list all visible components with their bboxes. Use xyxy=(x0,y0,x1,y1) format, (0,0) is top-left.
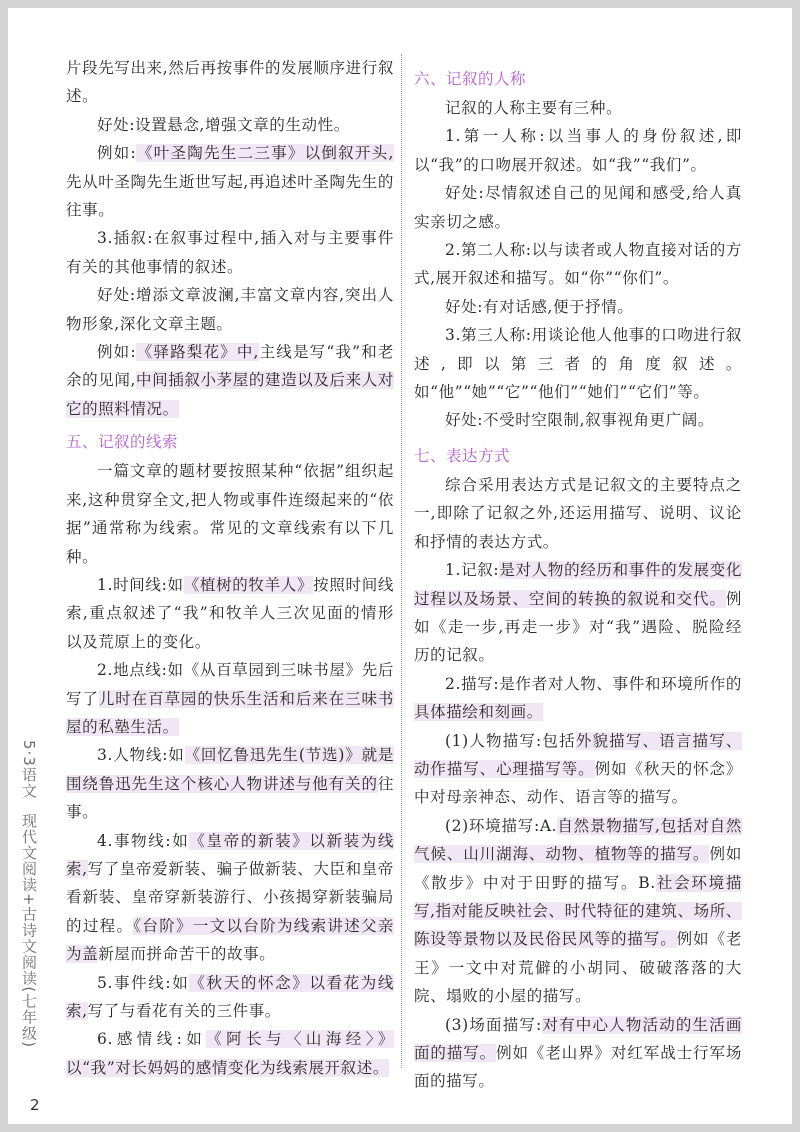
column-divider xyxy=(401,54,402,1068)
text: 6.感情线:如 xyxy=(97,1030,206,1048)
paragraph-intro: 综合采用表达方式是记叙文的主要特点之一,即除了记叙之外,还运用描写、说明、议论和… xyxy=(414,471,742,556)
text: 5.事件线:如 xyxy=(97,974,189,992)
spine-title: 5·3语文现代文阅读+古诗文阅读(七年级) xyxy=(10,740,40,1048)
paragraph-example: 例如:《驿路梨花》中,主线是写“我”和老余的见闻,中间插叙小茅屋的建造以及后来人… xyxy=(66,338,394,423)
list-item-scene-description: (3)场面描写:对有中心人物活动的生活画面的描写。例如《老山界》对红军战士行军场… xyxy=(414,1011,742,1096)
paragraph-intro: 一篇文章的题材要按照某种“依据”组织起来,这种贯穿全文,把人物或事件连缀起来的“… xyxy=(66,457,394,571)
text: 先从叶圣陶先生逝世写起,再追述叶圣陶先生的往事。 xyxy=(66,173,394,219)
list-item-first-person: 1.第一人称:以当事人的身份叙述,即以“我”的口吻展开叙述。如“我”“我们”。 xyxy=(414,122,742,179)
list-item-place-line: 2.地点线:如《从百草园到三味书屋》先后写了儿时在百草园的快乐生活和后来在三味书… xyxy=(66,656,394,741)
text: 2.描写:是作者对人物、事件和环境所作的 xyxy=(445,675,742,693)
list-item-object-line: 4.事物线:如《皇帝的新装》以新装为线索,写了皇帝爱新装、骗子做新装、大臣和皇帝… xyxy=(66,827,394,969)
paragraph-insertion: 3.插叙:在叙事过程中,插入对与主要事件有关的其他事情的叙述。 xyxy=(66,224,394,281)
list-item-character-description: (1)人物描写:包括外貌描写、语言描写、动作描写、心理描写等。例如《秋天的怀念》… xyxy=(414,727,742,812)
right-column: 六、记叙的人称 记叙的人称主要有三种。 1.第一人称:以当事人的身份叙述,即以“… xyxy=(414,64,742,1096)
text: 1.记叙: xyxy=(445,561,499,579)
list-item-person-line: 3.人物线:如《回忆鲁迅先生(节选)》就是围绕鲁迅先生这个核心人物讲述与他有关的… xyxy=(66,741,394,826)
paragraph-benefit: 好处:设置悬念,增强文章的生动性。 xyxy=(66,111,394,139)
text: (2)环境描写:A. xyxy=(445,817,557,835)
list-item-second-person: 2.第二人称:以与读者或人物直接对话的方式,展开叙述和描写。如“你”“你们”。 xyxy=(414,236,742,293)
highlighted-text: 《植树的牧羊人》 xyxy=(184,576,313,594)
list-item-environment-description: (2)环境描写:A.自然景物描写,包括对自然气候、山川湖海、动物、植物等的描写。… xyxy=(414,812,742,1011)
text: (3)场面描写: xyxy=(445,1016,542,1034)
book-title: 现代文阅读+古诗文阅读(七年级) xyxy=(20,813,38,1048)
list-item-time-line: 1.时间线:如《植树的牧羊人》按照时间线索,重点叙述了“我”和牧羊人三次见面的情… xyxy=(66,571,394,656)
page-number: 2 xyxy=(30,1096,40,1114)
text: 3.人物线:如 xyxy=(97,746,185,764)
paragraph-benefit: 好处:增添文章波澜,丰富文章内容,突出人物形象,深化文章主题。 xyxy=(66,281,394,338)
highlighted-text: 儿时在百草园的快乐生活和后来在三味书屋的私塾生活。 xyxy=(66,690,394,736)
page-sheet: 片段先写出来,然后再按事件的发展顺序进行叙述。 好处:设置悬念,增强文章的生动性… xyxy=(8,8,792,1124)
list-item-third-person: 3.第三人称:用谈论他人他事的口吻进行叙述,即以第三者的角度叙述。如“他”“她”… xyxy=(414,321,742,406)
left-column: 片段先写出来,然后再按事件的发展顺序进行叙述。 好处:设置悬念,增强文章的生动性… xyxy=(66,54,394,1082)
paragraph: 片段先写出来,然后再按事件的发展顺序进行叙述。 xyxy=(66,54,394,111)
highlighted-text: 《驿路梨花》中, xyxy=(136,343,259,361)
list-item-emotion-line: 6.感情线:如《阿长与〈山海经〉》以“我”对长妈妈的感情变化为线索展开叙述。 xyxy=(66,1025,394,1082)
series-label: 5·3语文 xyxy=(20,740,38,799)
text: 1.时间线:如 xyxy=(97,576,184,594)
text: 例如: xyxy=(97,343,136,361)
text: 4.事物线:如 xyxy=(97,832,189,850)
text: 写了与看花有关的三件事。 xyxy=(88,1002,281,1020)
text: (1)人物描写:包括 xyxy=(445,732,576,750)
list-item-narration: 1.记叙:是对人物的经历和事件的发展变化过程以及场景、空间的转换的叙说和交代。例… xyxy=(414,556,742,670)
paragraph-benefit: 好处:不受时空限制,叙事视角更广阔。 xyxy=(414,406,742,434)
list-item-event-line: 5.事件线:如《秋天的怀念》以看花为线索,写了与看花有关的三件事。 xyxy=(66,969,394,1026)
text: 新屋而拼命苦干的故事。 xyxy=(98,945,275,963)
section-heading-clues: 五、记叙的线索 xyxy=(66,427,394,457)
paragraph-benefit: 好处:尽情叙述自己的见闻和感受,给人真实亲切之感。 xyxy=(414,179,742,236)
highlighted-text: 《叶圣陶先生二三事》以倒叙开头, xyxy=(136,144,394,162)
paragraph-example: 例如:《叶圣陶先生二三事》以倒叙开头,先从叶圣陶先生逝世写起,再追述叶圣陶先生的… xyxy=(66,139,394,224)
list-item-description: 2.描写:是作者对人物、事件和环境所作的具体描绘和刻画。 xyxy=(414,670,742,727)
highlighted-text: 具体描绘和刻画。 xyxy=(414,703,543,721)
section-heading-person: 六、记叙的人称 xyxy=(414,64,742,94)
text: 例如: xyxy=(97,144,136,162)
section-heading-expression: 七、表达方式 xyxy=(414,441,742,471)
paragraph-intro: 记叙的人称主要有三种。 xyxy=(414,94,742,122)
paragraph-benefit: 好处:有对话感,便于抒情。 xyxy=(414,293,742,321)
